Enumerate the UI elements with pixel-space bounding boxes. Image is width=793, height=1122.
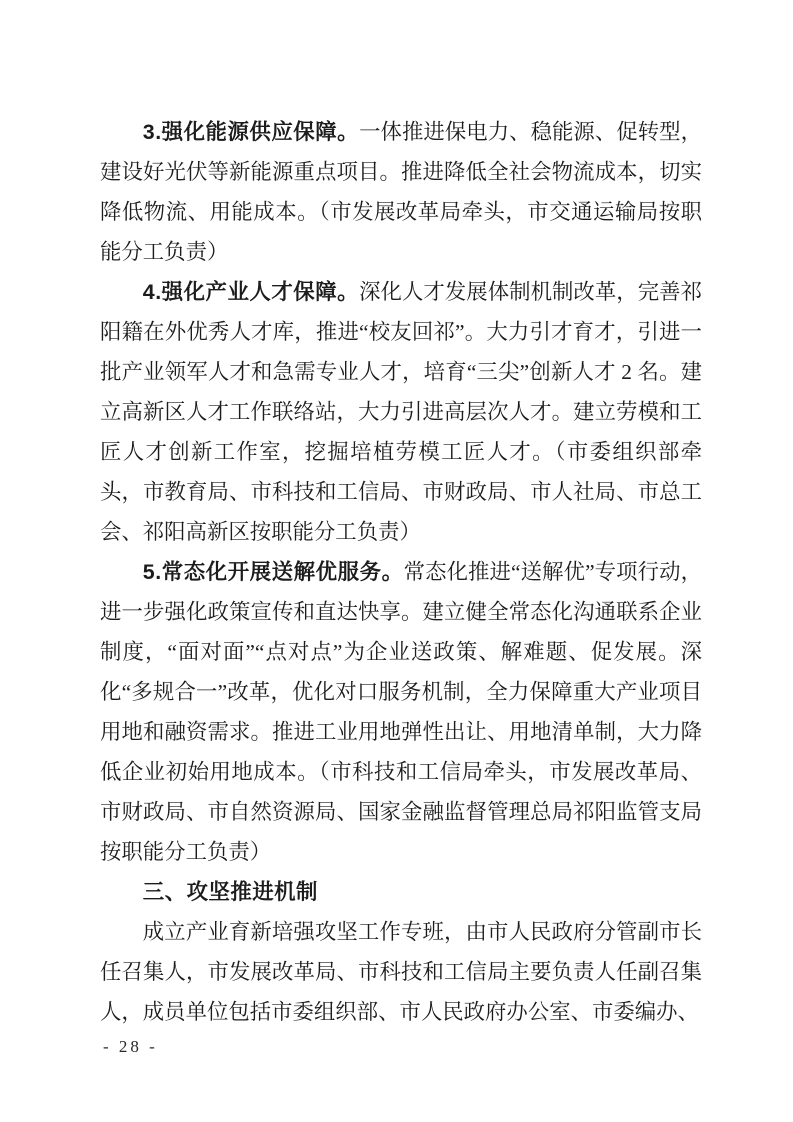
page-number: - 28 - (103, 1036, 158, 1058)
paragraph-energy-supply: 3.强化能源供应保障。一体推进保电力、稳能源、促转型，建设好光伏等新能源重点项目… (100, 112, 702, 272)
paragraph-text: 常态化推进“送解优”专项行动，进一步强化政策宣传和直达快享。建立健全常态化沟通联… (100, 560, 702, 864)
paragraph-text: 深化人才发展体制机制改革，完善祁阳籍在外优秀人才库，推进“校友回祁”。大力引才育… (100, 280, 702, 544)
section-heading: 三、攻坚推进机制 (100, 872, 702, 912)
paragraph-lead: 5.常态化开展送解优服务。 (143, 560, 404, 584)
document-body: 3.强化能源供应保障。一体推进保电力、稳能源、促转型，建设好光伏等新能源重点项目… (100, 112, 702, 1032)
paragraph-lead: 3.强化能源供应保障。 (143, 120, 359, 144)
paragraph-industry-talent: 4.强化产业人才保障。深化人才发展体制机制改革，完善祁阳籍在外优秀人才库，推进“… (100, 272, 702, 552)
paragraph-service-delivery: 5.常态化开展送解优服务。常态化推进“送解优”专项行动，进一步强化政策宣传和直达… (100, 552, 702, 872)
document-page: 3.强化能源供应保障。一体推进保电力、稳能源、促转型，建设好光伏等新能源重点项目… (0, 0, 793, 1122)
paragraph-lead: 4.强化产业人才保障。 (143, 280, 359, 304)
paragraph-task-force: 成立产业育新培强攻坚工作专班，由市人民政府分管副市长任召集人，市发展改革局、市科… (100, 912, 702, 1032)
